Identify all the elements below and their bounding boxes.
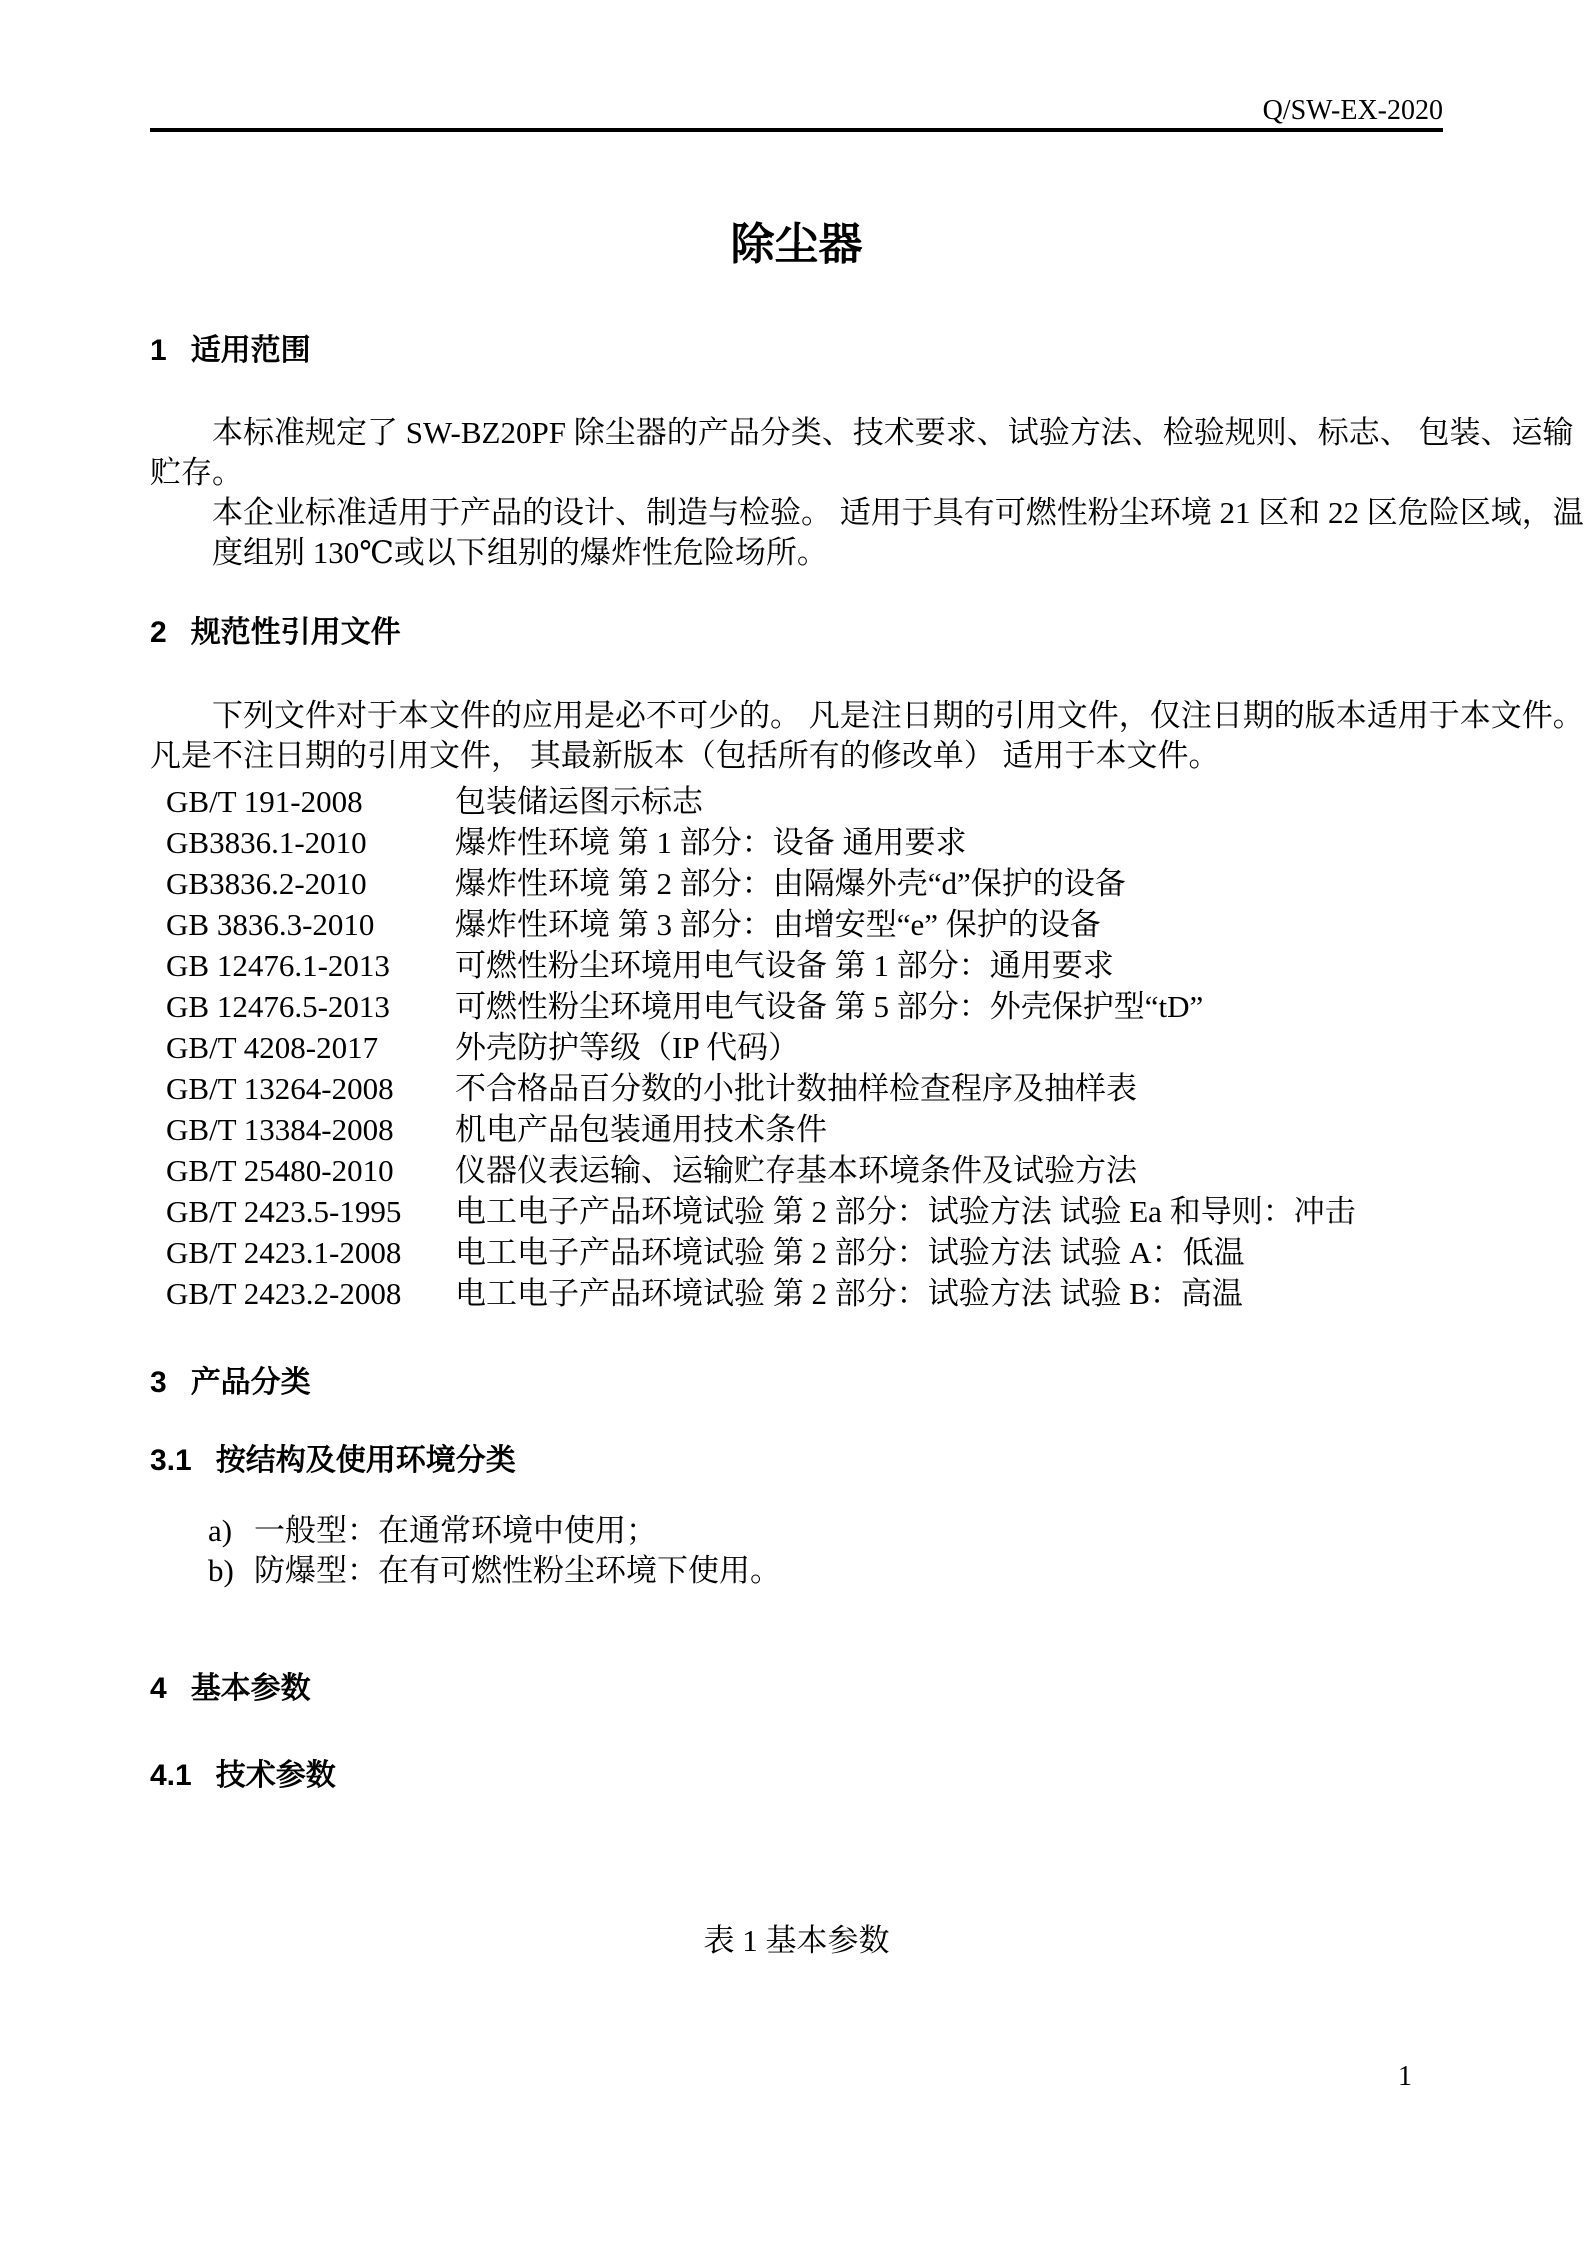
item-text: 防爆型：在有可燃性粉尘环境下使用。: [254, 1553, 781, 1588]
paragraph-line: 下列文件对于本文件的应用是必不可少的。 凡是注日期的引用文件，仅注日期的版本适用…: [150, 696, 1443, 736]
reference-title: 电工电子产品环境试验 第 2 部分：试验方法 试验 Ea 和导则：冲击: [455, 1191, 1356, 1232]
reference-code: GB/T 25480-2010: [166, 1150, 455, 1191]
section-4-1-heading: 4.1技术参数: [150, 1758, 1443, 1794]
reference-row: GB3836.1-2010爆炸性环境 第 1 部分：设备 通用要求: [166, 822, 1443, 863]
section-4-1-label: 技术参数: [216, 1759, 336, 1792]
reference-title: 电工电子产品环境试验 第 2 部分：试验方法 试验 A：低温: [455, 1232, 1245, 1273]
reference-code: GB3836.1-2010: [166, 822, 455, 863]
reference-row: GB/T 25480-2010仪器仪表运输、运输贮存基本环境条件及试验方法: [166, 1150, 1443, 1191]
paragraph-line: 本标准规定了 SW-BZ20PF 除尘器的产品分类、技术要求、试验方法、检验规则…: [150, 413, 1443, 453]
section-3-1-number: 3.1: [150, 1443, 192, 1479]
doc-code: Q/SW-EX-2020: [150, 96, 1443, 126]
reference-title: 可燃性粉尘环境用电气设备 第 5 部分：外壳保护型“tD”: [455, 986, 1203, 1027]
section-2-label: 规范性引用文件: [191, 616, 401, 649]
reference-code: GB/T 2423.5-1995: [166, 1191, 455, 1232]
reference-title: 可燃性粉尘环境用电气设备 第 1 部分：通用要求: [455, 945, 1114, 986]
scope-paragraphs: 本标准规定了 SW-BZ20PF 除尘器的产品分类、技术要求、试验方法、检验规则…: [150, 413, 1443, 573]
section-4-heading: 4基本参数: [150, 1671, 1443, 1707]
section-4-number: 4: [150, 1671, 167, 1707]
reference-row: GB 12476.1-2013可燃性粉尘环境用电气设备 第 1 部分：通用要求: [166, 945, 1443, 986]
references-list: GB/T 191-2008包装储运图示标志 GB3836.1-2010爆炸性环境…: [166, 781, 1443, 1314]
reference-code: GB 12476.5-2013: [166, 986, 455, 1027]
document-title: 除尘器: [150, 221, 1443, 269]
reference-title: 爆炸性环境 第 2 部分：由隔爆外壳“d”保护的设备: [455, 863, 1126, 904]
section-4-label: 基本参数: [191, 1672, 311, 1705]
reference-title: 不合格品百分数的小批计数抽样检查程序及抽样表: [455, 1068, 1137, 1109]
reference-code: GB/T 4208-2017: [166, 1027, 455, 1068]
section-3-1-label: 按结构及使用环境分类: [216, 1444, 516, 1477]
item-label: a): [208, 1511, 254, 1551]
reference-row: GB/T 191-2008包装储运图示标志: [166, 781, 1443, 822]
paragraph-line: 贮存。: [150, 453, 1443, 493]
reference-title: 爆炸性环境 第 3 部分：由增安型“e” 保护的设备: [455, 904, 1101, 945]
reference-code: GB3836.2-2010: [166, 863, 455, 904]
section-3-heading: 3产品分类: [150, 1365, 1443, 1401]
reference-row: GB/T 2423.1-2008电工电子产品环境试验 第 2 部分：试验方法 试…: [166, 1232, 1443, 1273]
header-rule: [150, 128, 1443, 132]
reference-row: GB/T 4208-2017外壳防护等级（IP 代码）: [166, 1027, 1443, 1068]
reference-title: 爆炸性环境 第 1 部分：设备 通用要求: [455, 822, 967, 863]
item-text: 一般型：在通常环境中使用；: [254, 1513, 657, 1548]
section-4-1-number: 4.1: [150, 1758, 192, 1794]
section-3-number: 3: [150, 1365, 167, 1401]
reference-row: GB 3836.3-2010爆炸性环境 第 3 部分：由增安型“e” 保护的设备: [166, 904, 1443, 945]
paragraph-line: 凡是不注日期的引用文件， 其最新版本（包括所有的修改单） 适用于本文件。: [150, 736, 1443, 776]
table-1-caption: 表 1 基本参数: [150, 1921, 1443, 1961]
page-number: 1: [1398, 2062, 1412, 2092]
reference-row: GB/T 2423.5-1995电工电子产品环境试验 第 2 部分：试验方法 试…: [166, 1191, 1443, 1232]
references-intro: 下列文件对于本文件的应用是必不可少的。 凡是注日期的引用文件，仅注日期的版本适用…: [150, 696, 1443, 776]
classification-item: a)一般型：在通常环境中使用；: [208, 1511, 1443, 1551]
item-label: b): [208, 1551, 254, 1591]
reference-code: GB 3836.3-2010: [166, 904, 455, 945]
reference-row: GB3836.2-2010爆炸性环境 第 2 部分：由隔爆外壳“d”保护的设备: [166, 863, 1443, 904]
reference-title: 机电产品包装通用技术条件: [455, 1109, 827, 1150]
document-page: Q/SW-EX-2020 除尘器 1适用范围 本标准规定了 SW-BZ20PF …: [0, 0, 1588, 2245]
section-2-heading: 2规范性引用文件: [150, 615, 1443, 651]
reference-title: 外壳防护等级（IP 代码）: [455, 1027, 799, 1068]
reference-row: GB/T 2423.2-2008电工电子产品环境试验 第 2 部分：试验方法 试…: [166, 1273, 1443, 1314]
section-1-number: 1: [150, 333, 167, 369]
reference-code: GB/T 13384-2008: [166, 1109, 455, 1150]
section-2-number: 2: [150, 615, 167, 651]
paragraph-line: 本企业标准适用于产品的设计、制造与检验。 适用于具有可燃性粉尘环境 21 区和 …: [150, 493, 1443, 533]
reference-code: GB/T 2423.1-2008: [166, 1232, 455, 1273]
reference-code: GB/T 191-2008: [166, 781, 455, 822]
reference-row: GB/T 13384-2008机电产品包装通用技术条件: [166, 1109, 1443, 1150]
section-1-label: 适用范围: [191, 334, 311, 367]
reference-title: 包装储运图示标志: [455, 781, 703, 822]
classification-item: b)防爆型：在有可燃性粉尘环境下使用。: [208, 1551, 1443, 1591]
section-3-label: 产品分类: [191, 1366, 311, 1399]
reference-row: GB/T 13264-2008不合格品百分数的小批计数抽样检查程序及抽样表: [166, 1068, 1443, 1109]
paragraph-line: 度组别 130℃或以下组别的爆炸性危险场所。: [150, 533, 1443, 573]
reference-title: 电工电子产品环境试验 第 2 部分：试验方法 试验 B：高温: [455, 1273, 1243, 1314]
reference-code: GB/T 2423.2-2008: [166, 1273, 455, 1314]
classification-items: a)一般型：在通常环境中使用； b)防爆型：在有可燃性粉尘环境下使用。: [208, 1511, 1443, 1591]
section-1-heading: 1适用范围: [150, 333, 1443, 369]
reference-row: GB 12476.5-2013可燃性粉尘环境用电气设备 第 5 部分：外壳保护型…: [166, 986, 1443, 1027]
section-3-1-heading: 3.1按结构及使用环境分类: [150, 1443, 1443, 1479]
reference-code: GB 12476.1-2013: [166, 945, 455, 986]
reference-code: GB/T 13264-2008: [166, 1068, 455, 1109]
reference-title: 仪器仪表运输、运输贮存基本环境条件及试验方法: [455, 1150, 1137, 1191]
